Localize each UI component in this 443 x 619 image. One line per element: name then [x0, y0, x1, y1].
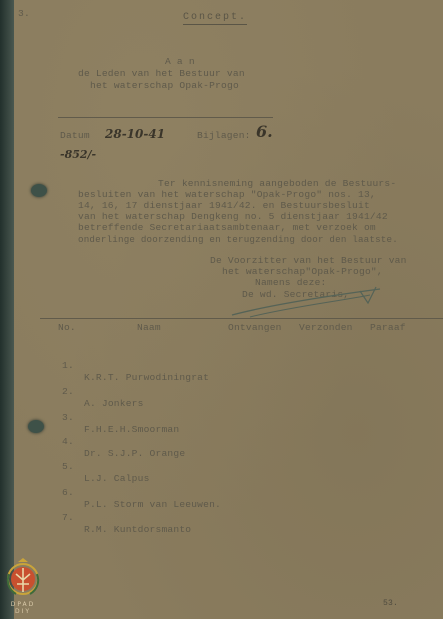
- scan-edge: [0, 0, 14, 619]
- address-line-1: de Leden van het Bestuur van: [78, 68, 245, 80]
- row-number: 1.: [62, 360, 74, 372]
- row-number: 2.: [62, 386, 74, 398]
- table-divider: [40, 318, 443, 319]
- table-row: 1. K.R.T. Purwodiningrat: [62, 348, 86, 360]
- table-row: 3. F.H.E.H.Smoorman: [62, 400, 86, 412]
- header-paraaf: Paraaf: [370, 322, 406, 334]
- bijlagen-value: 6.: [256, 122, 273, 141]
- punch-hole-bottom: [28, 420, 44, 433]
- margin-mark-top-left: 3.: [18, 8, 30, 20]
- row-number: 7.: [62, 512, 74, 524]
- table-row: 5. L.J. Calpus: [62, 449, 86, 461]
- datum-value: 28-10-41: [105, 127, 165, 141]
- handwritten-signature: [230, 285, 390, 320]
- document-title: Concept.: [183, 12, 247, 25]
- row-name: K.R.T. Purwodiningrat: [84, 372, 209, 384]
- row-name: F.H.E.H.Smoorman: [84, 424, 179, 436]
- table-row: 7. R.M. Kuntdorsmanto: [62, 500, 86, 512]
- header-divider: [58, 117, 273, 118]
- row-number: 6.: [62, 487, 74, 499]
- row-name: R.M. Kuntdorsmanto: [84, 524, 191, 536]
- row-name: Dr. S.J.P. Orange: [84, 448, 185, 460]
- header-no: No.: [58, 322, 76, 334]
- table-row: 6. P.L. Storm van Leeuwen.: [62, 475, 86, 487]
- dpad-watermark-label: DPAD DIY: [8, 601, 38, 615]
- address-aan: A a n: [165, 56, 195, 68]
- table-row: 4. Dr. S.J.P. Orange: [62, 424, 86, 436]
- row-number: 3.: [62, 412, 74, 424]
- table-row: 2. A. Jonkers: [62, 374, 86, 386]
- body-line: onderlinge doorzending en terugzending d…: [78, 234, 398, 246]
- datum-label: Datum: [60, 130, 90, 142]
- header-ontvangen: Ontvangen: [228, 322, 282, 334]
- address-line-2: het waterschap Opak-Progo: [90, 80, 239, 92]
- row-number: 4.: [62, 436, 74, 448]
- document-number: -852/-: [60, 148, 96, 161]
- row-number: 5.: [62, 461, 74, 473]
- header-verzonden: Verzonden: [299, 322, 353, 334]
- row-name: P.L. Storm van Leeuwen.: [84, 499, 221, 511]
- bijlagen-label: Bijlagen:: [197, 130, 251, 142]
- body-line: betreffende Secretariaatsambtenaar, met …: [78, 222, 376, 234]
- margin-mark-bottom-right: 53.: [383, 598, 398, 610]
- row-name: L.J. Calpus: [84, 473, 150, 485]
- header-naam: Naam: [137, 322, 161, 334]
- punch-hole-top: [31, 184, 47, 197]
- row-name: A. Jonkers: [84, 398, 144, 410]
